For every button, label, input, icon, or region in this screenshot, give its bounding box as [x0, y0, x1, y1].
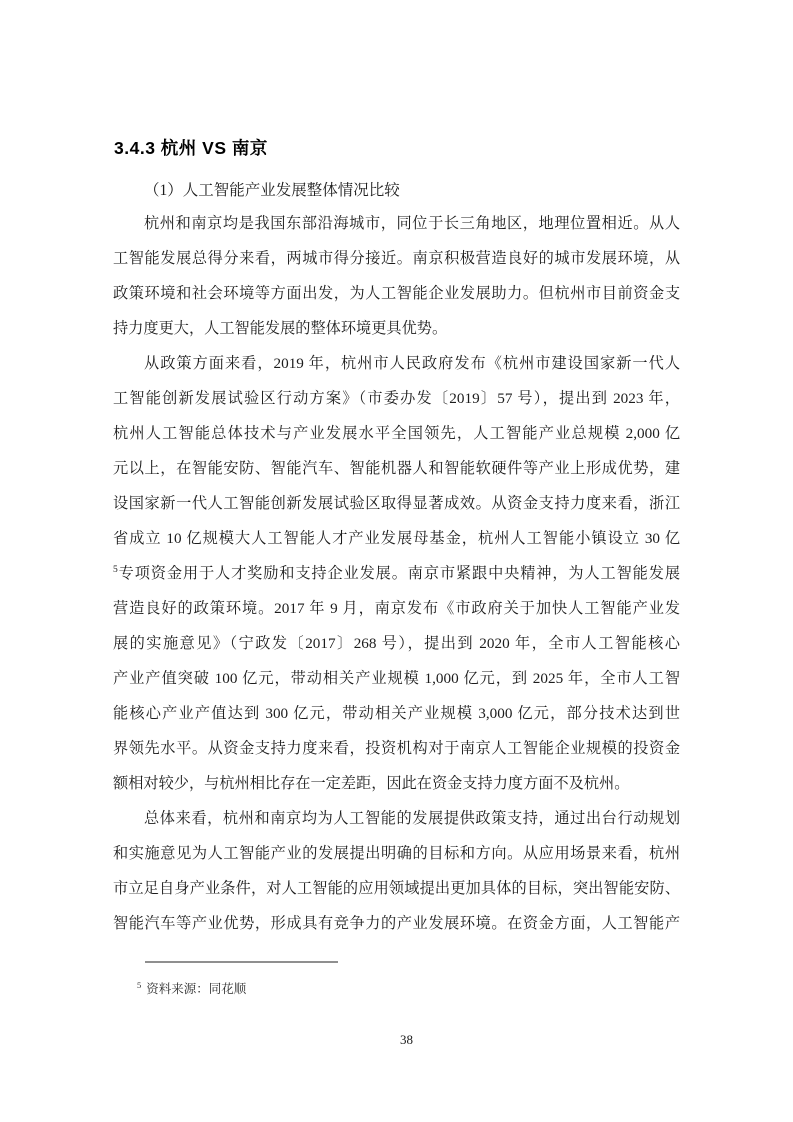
body-line: 智能汽车等产业优势，形成具有竞争力的产业发展环境。在资金方面，人工智能产	[113, 906, 680, 941]
body-line: 市立足自身产业条件，对人工智能的应用领域提出更加具体的目标，突出智能安防、	[113, 871, 680, 906]
body-line: 元以上，在智能安防、智能汽车、智能机器人和智能软硬件等产业上形成优势，建	[113, 451, 680, 486]
body-line: 杭州和南京均是我国东部沿海城市，同位于长三角地区，地理位置相近。从人	[113, 206, 680, 241]
section-heading: 3.4.3 杭州 VS 南京	[114, 135, 268, 160]
footnote-marker: 5	[137, 980, 141, 990]
body-line: 和实施意见为人工智能产业的发展提出明确的目标和方向。从应用场景来看，杭州	[113, 836, 680, 871]
body-line: 持力度更大，人工智能发展的整体环境更具优势。	[113, 311, 680, 346]
body-line: 杭州人工智能总体技术与产业发展水平全国领先，人工智能产业总规模 2,000 亿	[113, 416, 680, 451]
body-line: 设国家新一代人工智能创新发展试验区取得显著成效。从资金支持力度来看，浙江	[113, 486, 680, 521]
body-line: 展的实施意见》（宁政发〔2017〕268 号），提出到 2020 年，全市人工智…	[113, 626, 680, 661]
body-line: 额相对较少，与杭州相比存在一定差距，因此在资金支持力度方面不及杭州。	[113, 766, 680, 801]
body-line: 总体来看，杭州和南京均为人工智能的发展提供政策支持，通过出台行动规划	[113, 801, 680, 836]
document-page: 3.4.3 杭州 VS 南京 （1）人工智能产业发展整体情况比较 杭州和南京均是…	[0, 0, 793, 1122]
footnote: 5资料来源：同花顺	[137, 979, 246, 997]
body-line: 5专项资金用于人才奖励和支持企业发展。南京市紧跟中央精神，为人工智能发展	[113, 556, 680, 591]
page-number: 38	[0, 1032, 793, 1048]
body-line: 工智能发展总得分来看，两城市得分接近。南京积极营造良好的城市发展环境，从	[113, 241, 680, 276]
footnote-text: 资料来源：同花顺	[146, 982, 246, 996]
body-line: 界领先水平。从资金支持力度来看，投资机构对于南京人工智能企业规模的投资金	[113, 731, 680, 766]
paragraph: 从政策方面来看，2019 年，杭州市人民政府发布《杭州市建设国家新一代人工智能创…	[113, 346, 680, 801]
body-line: 工智能创新发展试验区行动方案》（市委办发〔2019〕57 号），提出到 2023…	[113, 381, 680, 416]
body-line: 省成立 10 亿规模大人工智能人才产业发展母基金，杭州人工智能小镇设立 30 亿	[113, 521, 680, 556]
body-line: 产业产值突破 100 亿元，带动相关产业规模 1,000 亿元，到 2025 年…	[113, 661, 680, 696]
footnote-separator	[145, 961, 338, 963]
footnote-ref: 5	[113, 565, 118, 575]
body-paragraphs: 杭州和南京均是我国东部沿海城市，同位于长三角地区，地理位置相近。从人工智能发展总…	[113, 206, 680, 941]
body-line: 政策环境和社会环境等方面出发，为人工智能企业发展助力。但杭州市目前资金支	[113, 276, 680, 311]
paragraph: 总体来看，杭州和南京均为人工智能的发展提供政策支持，通过出台行动规划和实施意见为…	[113, 801, 680, 941]
body-line: 从政策方面来看，2019 年，杭州市人民政府发布《杭州市建设国家新一代人	[113, 346, 680, 381]
body-line: 营造良好的政策环境。2017 年 9 月，南京发布《市政府关于加快人工智能产业发	[113, 591, 680, 626]
paragraph: 杭州和南京均是我国东部沿海城市，同位于长三角地区，地理位置相近。从人工智能发展总…	[113, 206, 680, 346]
body-line: 能核心产业产值达到 300 亿元，带动相关产业规模 3,000 亿元，部分技术达…	[113, 696, 680, 731]
sub-heading: （1）人工智能产业发展整体情况比较	[144, 178, 400, 200]
